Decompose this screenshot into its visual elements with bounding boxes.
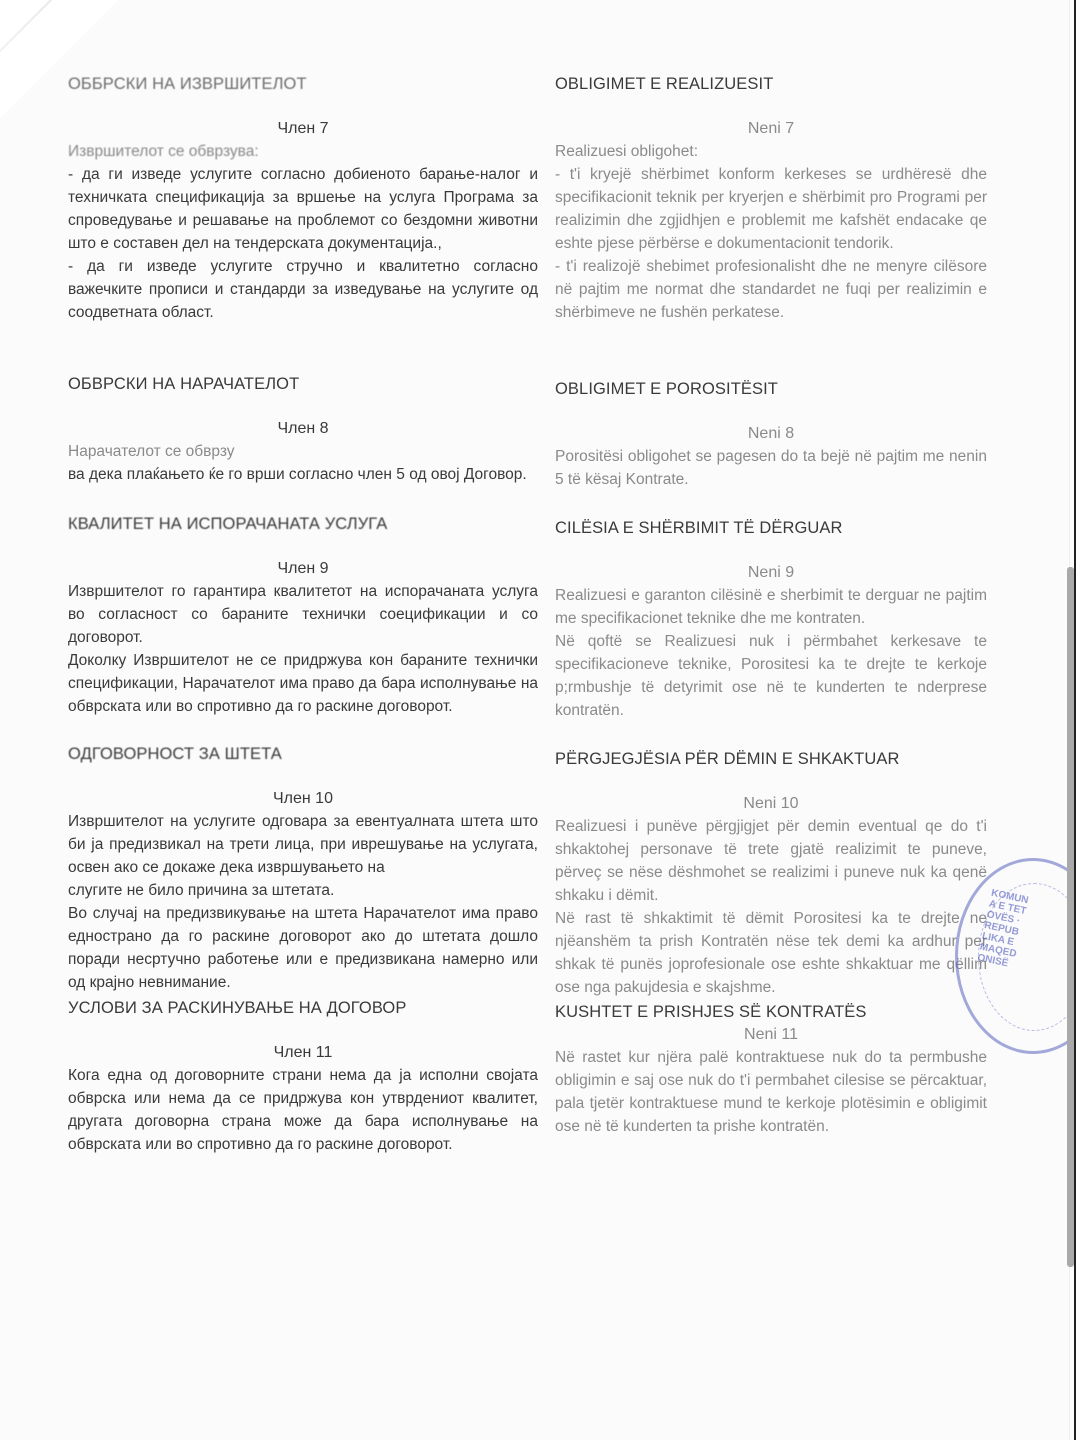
article-heading: Член 7 <box>68 118 538 140</box>
section-title: OBLIGIMET E POROSITËSIT <box>555 377 987 401</box>
section-mk-8: ОБВРСКИ НА НАРАЧАТЕЛОТ Член 8 Нарачатело… <box>68 372 538 486</box>
section-mk-10: ОДГОВОРНОСТ ЗА ШТЕТА Член 10 Извршителот… <box>68 742 538 994</box>
paragraph: Доколку Извршителот не се придржува кон … <box>68 649 538 718</box>
paragraph: Извршителот се обврзува: <box>68 140 538 163</box>
article-heading: Член 9 <box>68 558 538 580</box>
paragraph: - t'i realizojë shebimet profesionalisht… <box>555 255 987 324</box>
article-heading: Член 8 <box>68 418 538 440</box>
section-title: ОББРСКИ НА ИЗВРШИТЕЛОТ <box>68 72 538 96</box>
article-heading: Neni 10 <box>555 793 987 815</box>
paragraph: Кога една од договорните страни нема да … <box>68 1064 538 1156</box>
section-title: КВАЛИТЕТ НА ИСПОРАЧАНАТА УСЛУГА <box>68 512 538 536</box>
paragraph: Realizuesi obligohet: <box>555 140 987 163</box>
section-title: ОБВРСКИ НА НАРАЧАТЕЛОТ <box>68 372 538 396</box>
paragraph: Në rastet kur njëra palë kontraktuese nu… <box>555 1046 987 1138</box>
article-heading: Член 11 <box>68 1042 538 1064</box>
article-heading: Член 10 <box>68 788 538 810</box>
article-heading: Neni 8 <box>555 423 987 445</box>
section-title: OBLIGIMET E REALIZUESIT <box>555 72 987 96</box>
scrollbar-thumb[interactable] <box>1067 567 1074 1267</box>
paragraph: - да ги изведе услугите стручно и квалит… <box>68 255 538 324</box>
section-sq-10: PËRGJEGJËSIA PËR DËMIN E SHKAKTUAR Neni … <box>555 747 987 999</box>
paragraph: Realizuesi e garanton cilësinë e sherbim… <box>555 584 987 630</box>
section-sq-11: KUSHTET E PRISHJES SË KONTRATËS Neni 11 … <box>555 1000 987 1138</box>
section-title: KUSHTET E PRISHJES SË KONTRATËS <box>555 1000 987 1024</box>
paragraph: Realizuesi i punëve përgjigjet për demin… <box>555 815 987 907</box>
paragraph: Извршителот на услугите одговара за евен… <box>68 810 538 879</box>
folded-page-corner <box>0 0 118 118</box>
article-heading: Neni 11 <box>555 1024 987 1046</box>
article-heading: Neni 9 <box>555 562 987 584</box>
section-title: УСЛОВИ ЗА РАСКИНУВАЊЕ НА ДОГОВОР <box>68 996 538 1020</box>
paragraph: ва дека плаќањето ќе го врши согласно чл… <box>68 463 538 486</box>
paragraph: Në qoftë se Realizuesi nuk i përmbahet k… <box>555 630 987 722</box>
paragraph: слугите не било причина за штетата. <box>68 879 538 902</box>
paragraph: Во случај на предизвикување на штета Нар… <box>68 902 538 994</box>
section-title: PËRGJEGJËSIA PËR DËMIN E SHKAKTUAR <box>555 747 987 771</box>
section-mk-7: ОББРСКИ НА ИЗВРШИТЕЛОТ Член 7 Извршитело… <box>68 72 538 324</box>
paragraph: - да ги изведе услугите согласно добиено… <box>68 163 538 255</box>
paragraph: Нарачателот се обврзу <box>68 440 538 463</box>
section-title: ОДГОВОРНОСТ ЗА ШТЕТА <box>68 742 538 766</box>
section-title: CILËSIA E SHËRBIMIT TË DËRGUAR <box>555 516 987 540</box>
section-sq-8: OBLIGIMET E POROSITËSIT Neni 8 Porositës… <box>555 377 987 491</box>
section-sq-9: CILËSIA E SHËRBIMIT TË DËRGUAR Neni 9 Re… <box>555 516 987 722</box>
article-heading: Neni 7 <box>555 118 987 140</box>
section-mk-9: КВАЛИТЕТ НА ИСПОРАЧАНАТА УСЛУГА Член 9 И… <box>68 512 538 718</box>
paragraph: Извршителот го гарантира квалитетот на и… <box>68 580 538 649</box>
section-mk-11: УСЛОВИ ЗА РАСКИНУВАЊЕ НА ДОГОВОР Член 11… <box>68 996 538 1156</box>
paragraph: - t'i kryejë shërbimet konform kerkeses … <box>555 163 987 255</box>
paragraph: Në rast të shkaktimit të dëmit Porosites… <box>555 907 987 999</box>
section-sq-7: OBLIGIMET E REALIZUESIT Neni 7 Realizues… <box>555 72 987 324</box>
paragraph: Porositësi obligohet se pagesen do ta be… <box>555 445 987 491</box>
